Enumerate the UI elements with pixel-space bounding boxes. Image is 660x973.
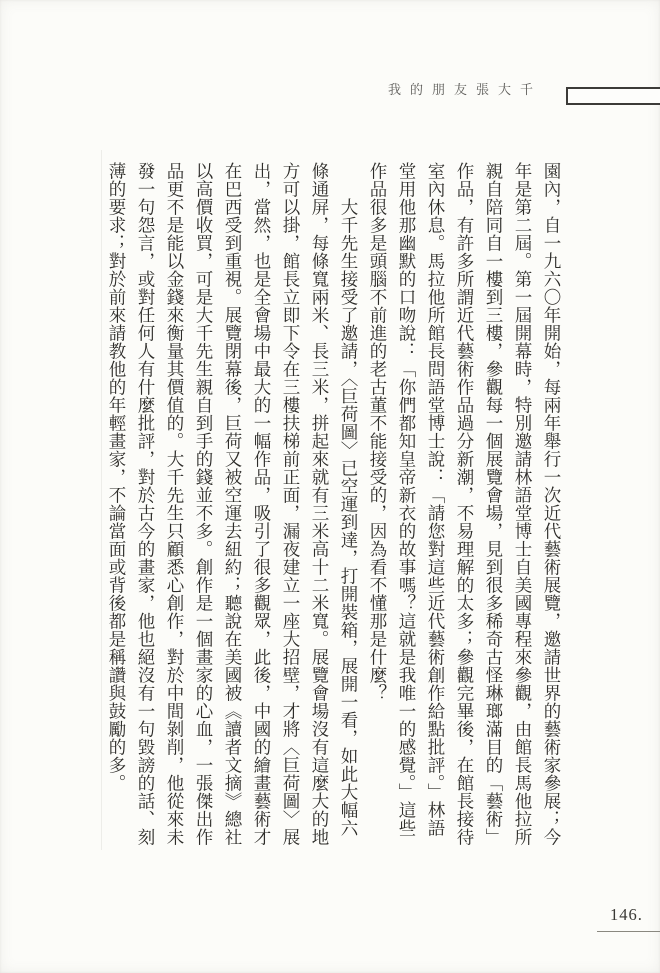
text-column: 發一句怨言，或對任何人有什麼批評，對於古今的畫家，他也絕沒有一句毀謗的話、刻 bbox=[131, 162, 160, 852]
text-column: 親自陪同自一樓到三樓，參觀每一個展覽會場，見到很多稀奇古怪琳瑯滿目的「藝術」 bbox=[479, 162, 508, 852]
running-head-title: 我的朋友張大千 bbox=[388, 79, 542, 98]
text-column: 條通屏，每條寬兩米、長三米，拼起來就有三米高十二米寬。展覽會場沒有這麼大的地 bbox=[305, 162, 334, 852]
text-column: 室內休息。馬拉他所館長問語堂博士說：「請您對這些近代藝術創作給點批評。」林語 bbox=[421, 162, 450, 852]
text-column: 在巴西受到重視。展覽閉幕後，巨荷又被空運去紐約；聽說在美國被《讀者文摘》總社 bbox=[218, 162, 247, 852]
page-number: 146. bbox=[610, 905, 643, 925]
running-head-rule-box bbox=[566, 87, 660, 105]
text-column: 薄的要求；對於前來請教他的年輕畫家，不論當面或背後都是稱讚與鼓勵的多。 bbox=[102, 162, 131, 852]
body-text: 園內，自一九六〇年開始，每兩年舉行一次近代藝術展覽，邀請世界的藝術家參展；今 年… bbox=[102, 162, 566, 888]
text-column: 出，當然，也是全會場中最大的一幅作品，吸引了很多觀眾，此後，中國的繪畫藝術才 bbox=[247, 162, 276, 852]
text-column: 以高價收買，可是大千先生親自到手的錢並不多。創作是一個畫家的心血，一張傑出作 bbox=[189, 162, 218, 852]
text-column: 作品很多是頭腦不前進的老古董不能接受的，因為看不懂那是什麼？ bbox=[363, 162, 392, 852]
text-column: 堂用他那幽默的口吻說：「你們都知皇帝新衣的故事嗎？這就是我唯一的感覺。」這些 bbox=[392, 162, 421, 852]
text-column: 方可以掛，館長立即下令在三樓扶梯前正面，漏夜建立一座大招壁，才將〈巨荷圖〉展 bbox=[276, 162, 305, 852]
scanned-book-page: 我的朋友張大千 園內，自一九六〇年開始，每兩年舉行一次近代藝術展覽，邀請世界的藝… bbox=[0, 0, 660, 973]
text-column: 作品，有許多所謂近代藝術作品過分新潮，不易理解的太多；參觀完畢後，在館長接待 bbox=[450, 162, 479, 852]
text-column-paragraph-start: 大千先生接受了邀請，〈巨荷圖〉已空運到達，打開裝箱，展開一看，如此大幅六 bbox=[334, 162, 363, 888]
footer-rule bbox=[597, 931, 660, 932]
text-column: 品更不是能以金錢來衡量其價值的。大千先生只顧悉心創作，對於中間剝削，他從來未 bbox=[160, 162, 189, 852]
text-column: 年是第二屆。第一屆開幕時，特別邀請林語堂博士自美國專程來參觀，由館長馬他拉所 bbox=[508, 162, 537, 852]
text-column: 園內，自一九六〇年開始，每兩年舉行一次近代藝術展覽，邀請世界的藝術家參展；今 bbox=[537, 162, 566, 852]
